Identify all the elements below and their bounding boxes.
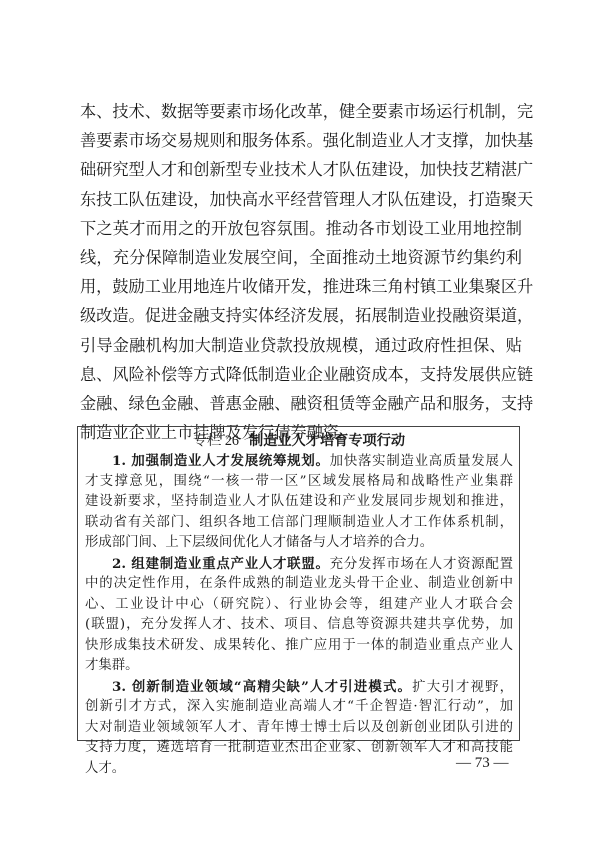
box-line: 建设新要求，坚持制造业人才队伍建设和产业发展同步规划和推进，	[85, 492, 513, 513]
body-line: 息、风险补偿等方式降低制造业企业融资成本，支持发展供应链	[80, 360, 522, 389]
box-line: 才集群。	[85, 656, 513, 677]
box-title: 专栏 26制造业人才培育专项行动	[85, 431, 513, 451]
special-column-box: 专栏 26制造业人才培育专项行动 1. 加强制造业人才发展统筹规划。加快落实制造…	[77, 426, 520, 741]
body-line: 级改造。促进金融支持实体经济发展，拓展制造业投融资渠道，	[80, 301, 522, 330]
item-text: 充分发挥市场在人才资源配置	[330, 557, 513, 572]
box-title-text: 制造业人才培育专项行动	[249, 433, 405, 449]
body-line: 引导金融机构加大制造业贷款投放规模，通过政府性担保、贴	[80, 331, 522, 360]
body-paragraph: 本、技术、数据等要素市场化改革，健全要素市场运行机制，完 善要素市场交易规则和服…	[80, 97, 522, 447]
box-line: (联盟)，充分发挥人才、技术、项目、信息等资源共建共享优势，加	[85, 615, 513, 636]
box-line: 创新引才方式，深入实施制造业高端人才“千企智造·智汇行动”，加	[85, 697, 513, 718]
box-line: 支持力度，遴选培育一批制造业杰出企业家、创新领军人才和高技能	[85, 738, 513, 759]
item-heading: 3. 创新制造业领域“高精尖缺”人才引进模式。	[112, 679, 412, 695]
box-line: 人才。	[85, 759, 513, 780]
body-line: 用，鼓励工业用地连片收储开发，推进珠三角村镇工业集聚区升	[80, 272, 522, 301]
box-line: 大对制造业领域领军人才、青年博士博士后以及创新创业团队引进的	[85, 718, 513, 739]
body-line: 善要素市场交易规则和服务体系。强化制造业人才支撑，加快基	[80, 126, 522, 155]
body-line: 金融、绿色金融、普惠金融、融资租赁等金融产品和服务，支持	[80, 389, 522, 418]
item-text: 加快落实制造业高质量发展人	[330, 454, 513, 469]
body-line: 础研究型人才和创新型专业技术人才队伍建设，加快技艺精湛广	[80, 155, 522, 184]
body-line: 线，充分保障制造业发展空间，全面推动土地资源节约集约利	[80, 243, 522, 272]
item-1-first-line: 1. 加强制造业人才发展统筹规划。加快落实制造业高质量发展人	[85, 451, 513, 472]
item-text: 扩大引才视野，	[412, 680, 513, 695]
box-line: 中的决定性作用，在条件成熟的制造业龙头骨干企业、制造业创新中	[85, 574, 513, 595]
box-line: 心、工业设计中心（研究院）、行业协会等，组建产业人才联合会	[85, 595, 513, 616]
body-line: 下之英才而用之的开放包容氛围。推动各市划设工业用地控制	[80, 214, 522, 243]
box-line: 快形成集技术研发、成果转化、推广应用于一体的制造业重点产业人	[85, 636, 513, 657]
body-line: 东技工队伍建设，加快高水平经营管理人才队伍建设，打造聚天	[80, 185, 522, 214]
item-2-first-line: 2. 组建制造业重点产业人才联盟。充分发挥市场在人才资源配置	[85, 554, 513, 575]
page-number: — 73 —	[456, 755, 509, 772]
item-heading: 1. 加强制造业人才发展统筹规划。	[112, 453, 330, 469]
body-line: 本、技术、数据等要素市场化改革，健全要素市场运行机制，完	[80, 97, 522, 126]
box-title-number: 专栏 26	[193, 433, 239, 449]
box-line: 形成部门间、上下层级间优化人才储备与人才培养的合力。	[85, 533, 513, 554]
item-heading: 2. 组建制造业重点产业人才联盟。	[112, 556, 330, 572]
box-line: 才支撑意见，围绕“一核一带一区”区域发展格局和战略性产业集群	[85, 472, 513, 493]
box-line: 联动省有关部门、组织各地工信部门理顺制造业人才工作体系机制，	[85, 513, 513, 534]
item-3-first-line: 3. 创新制造业领域“高精尖缺”人才引进模式。扩大引才视野，	[85, 677, 513, 698]
